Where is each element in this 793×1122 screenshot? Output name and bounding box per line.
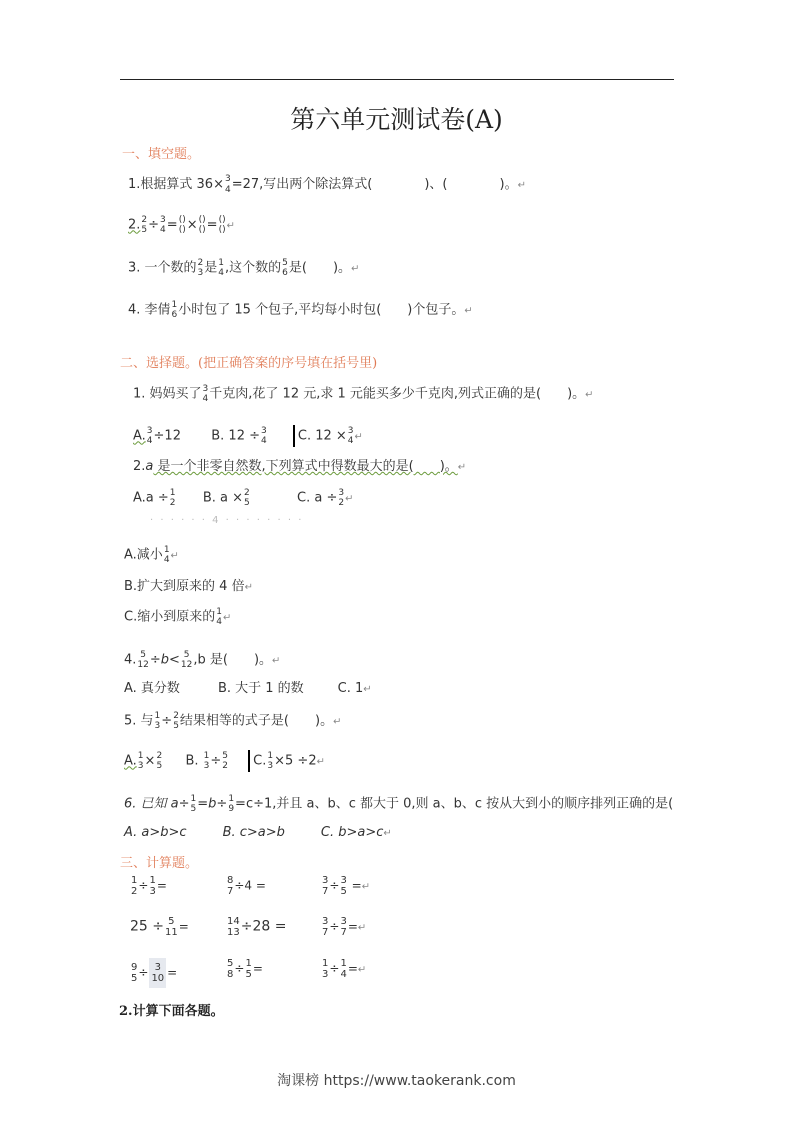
option-b: B. a × (203, 491, 243, 506)
option-a: A. 真分数 (124, 681, 180, 696)
obscured-question-2-3: · · · · · · 4 · · · · · · · · (150, 515, 303, 526)
question-2-5-options: A.13×25 B. 13÷52 C.13×5 ÷2↵ (124, 750, 325, 773)
question-2-6: 6. 已知 a÷15=b÷19=c÷1,并且 a、b、c 都大于 0,则 a、b… (124, 794, 673, 815)
question-1-1: 1.根据算式 36×34=27,写出两个除法算式( )、( )。↵ (128, 174, 526, 196)
q-label: 2. (128, 218, 140, 233)
paragraph-mark-icon: ↵ (351, 264, 359, 275)
paragraph-mark-icon: ↵ (345, 494, 353, 505)
page-title: 第六单元测试卷(A) (0, 100, 793, 136)
option-c: C. 1 (338, 681, 364, 696)
calc-item: 12÷13= (130, 875, 167, 897)
question-1-2: 2.25÷34=()()×()()=()()↵ (128, 215, 235, 237)
subsection-heading: 2.计算下面各题。 (119, 1000, 224, 1019)
calc-item: 13÷14=↵ (321, 958, 366, 980)
question-1-3: 3. 一个数的23是14,这个数的56是( )。↵ (128, 258, 359, 280)
paragraph-mark-icon: ↵ (585, 390, 593, 401)
option-c: C. b>a>c (321, 825, 384, 840)
paragraph-mark-icon: ↵ (458, 462, 466, 473)
text-cursor (293, 425, 295, 447)
calc-item: 25 ÷511= (130, 916, 189, 938)
question-2-2-options: A.a ÷12 B. a ×25 C. a ÷32↵ (133, 488, 353, 510)
calc-item: 87÷4 = (226, 875, 266, 897)
option-c: C. a ÷ (297, 491, 337, 506)
question-2-2: 2.a 是一个非零自然数,下列算式中得数最大的是( )。↵ (133, 457, 466, 478)
question-1-4: 4. 李倩16小时包了 15 个包子,平均每小时包( )个包子。↵ (128, 300, 473, 322)
calc-item: 95÷310= (130, 958, 177, 988)
option-a: A.a ÷ (133, 491, 169, 506)
question-2-1-options: A.34÷12 B. 12 ÷34 C. 12 ×34↵ (133, 425, 363, 448)
q-text: =27,写出两个除法算式( )、( )。 (232, 177, 518, 192)
option-b: B. c>a>b (223, 825, 285, 840)
paragraph-mark-icon: ↵ (518, 180, 526, 191)
paragraph-mark-icon: ↵ (227, 221, 235, 232)
question-2-6-options: A. a>b>cB. c>a>bC. b>a>c↵ (124, 823, 392, 844)
option-c: C. 12 × (298, 429, 347, 444)
option-a: A. (124, 754, 137, 769)
calc-item: 37÷37=↵ (321, 916, 366, 938)
highlighted-fraction: 310 (149, 958, 166, 988)
question-2-4-options: A. 真分数B. 大于 1 的数C. 1↵ (124, 679, 372, 700)
option-b: B. 大于 1 的数 (218, 681, 304, 696)
calc-item: 37÷35 =↵ (321, 875, 370, 897)
option-b: B. 12 ÷ (211, 429, 260, 444)
header-rule (120, 79, 674, 80)
paragraph-mark-icon: ↵ (355, 432, 363, 443)
question-2-4: 4.512÷b<512,b 是( )。↵ (124, 650, 280, 672)
option-a: A. (133, 429, 146, 444)
text-cursor (248, 750, 250, 772)
option-b: B. (185, 754, 198, 769)
fraction: 34 (225, 174, 231, 195)
paragraph-mark-icon: ↵ (464, 306, 472, 317)
section-heading-calculation: 三、计算题。 (120, 852, 198, 871)
section-heading-multiple-choice: 二、选择题。(把正确答案的序号填在括号里) (120, 352, 377, 371)
q-text: 1.根据算式 36× (128, 177, 224, 192)
calc-item: 1413÷28 = (226, 916, 286, 938)
calc-item: 58÷15= (226, 958, 263, 980)
question-2-5: 5. 与13÷25结果相等的式子是( )。↵ (124, 711, 341, 733)
question-2-3-option-b: B.扩大到原来的 4 倍↵ (124, 577, 253, 598)
option-a: A. a>b>c (124, 825, 187, 840)
question-2-1: 1. 妈妈买了34千克肉,花了 12 元,求 1 元能买多少千克肉,列式正确的是… (133, 384, 594, 406)
question-2-3-option-c: C.缩小到原来的14↵ (124, 607, 231, 629)
footer-watermark: 淘课榜 https://www.taokerank.com (0, 1070, 793, 1090)
question-2-3-option-a: A.减小14↵ (124, 545, 179, 567)
option-c: C. (253, 754, 266, 769)
section-heading-fill-blank: 一、填空题。 (122, 143, 200, 162)
